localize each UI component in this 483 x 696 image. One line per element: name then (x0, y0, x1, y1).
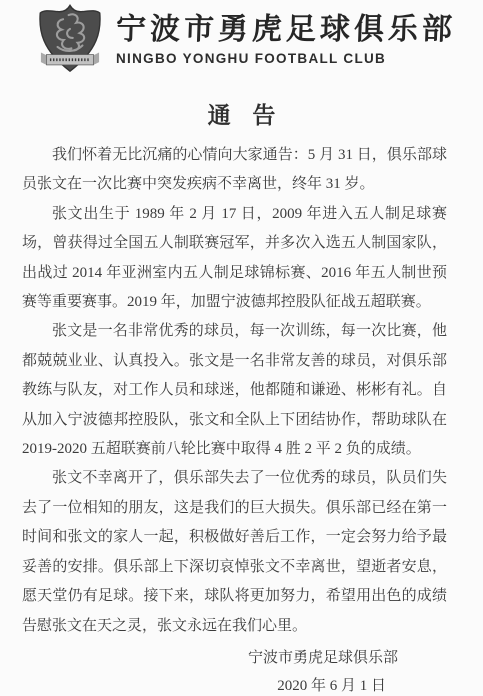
crest-ribbon (41, 52, 99, 64)
paragraph-tribute: 张文是一名非常优秀的球员，每一次训练，每一次比赛，他都兢兢业业、认真投入。张文是… (22, 317, 447, 464)
notice-body: 我们怀着无比沉痛的心情向大家通告：5 月 31 日，俱乐部球员张文在一次比赛中突… (0, 130, 483, 641)
paragraph-condolence: 张文不幸离开了，俱乐部失去了一位优秀的球员，队员们失去了一位相知的朋友，这是我们… (22, 464, 447, 640)
notice-title: 通 告 (0, 97, 483, 130)
paragraph-career: 张文出生于 1989 年 2 月 17 日，2009 年进入五人制足球赛场，曾获… (22, 200, 447, 318)
notice-date: 2020 年 6 月 1 日 (0, 674, 483, 696)
signature-club-name: 宁波市勇虎足球俱乐部 (0, 646, 483, 670)
paragraph-announcement: 我们怀着无比沉痛的心情向大家通告：5 月 31 日，俱乐部球员张文在一次比赛中突… (22, 141, 447, 200)
club-crest-icon (36, 4, 104, 76)
notice-document: 宁波市勇虎足球俱乐部 NINGBO YONGHU FOOTBALL CLUB 通… (0, 0, 483, 696)
club-name-block: 宁波市勇虎足球俱乐部 NINGBO YONGHU FOOTBALL CLUB (116, 4, 456, 66)
club-name-english: NINGBO YONGHU FOOTBALL CLUB (116, 51, 456, 66)
club-name-chinese: 宁波市勇虎足球俱乐部 (115, 12, 456, 48)
letterhead: 宁波市勇虎足球俱乐部 NINGBO YONGHU FOOTBALL CLUB (0, 0, 483, 76)
